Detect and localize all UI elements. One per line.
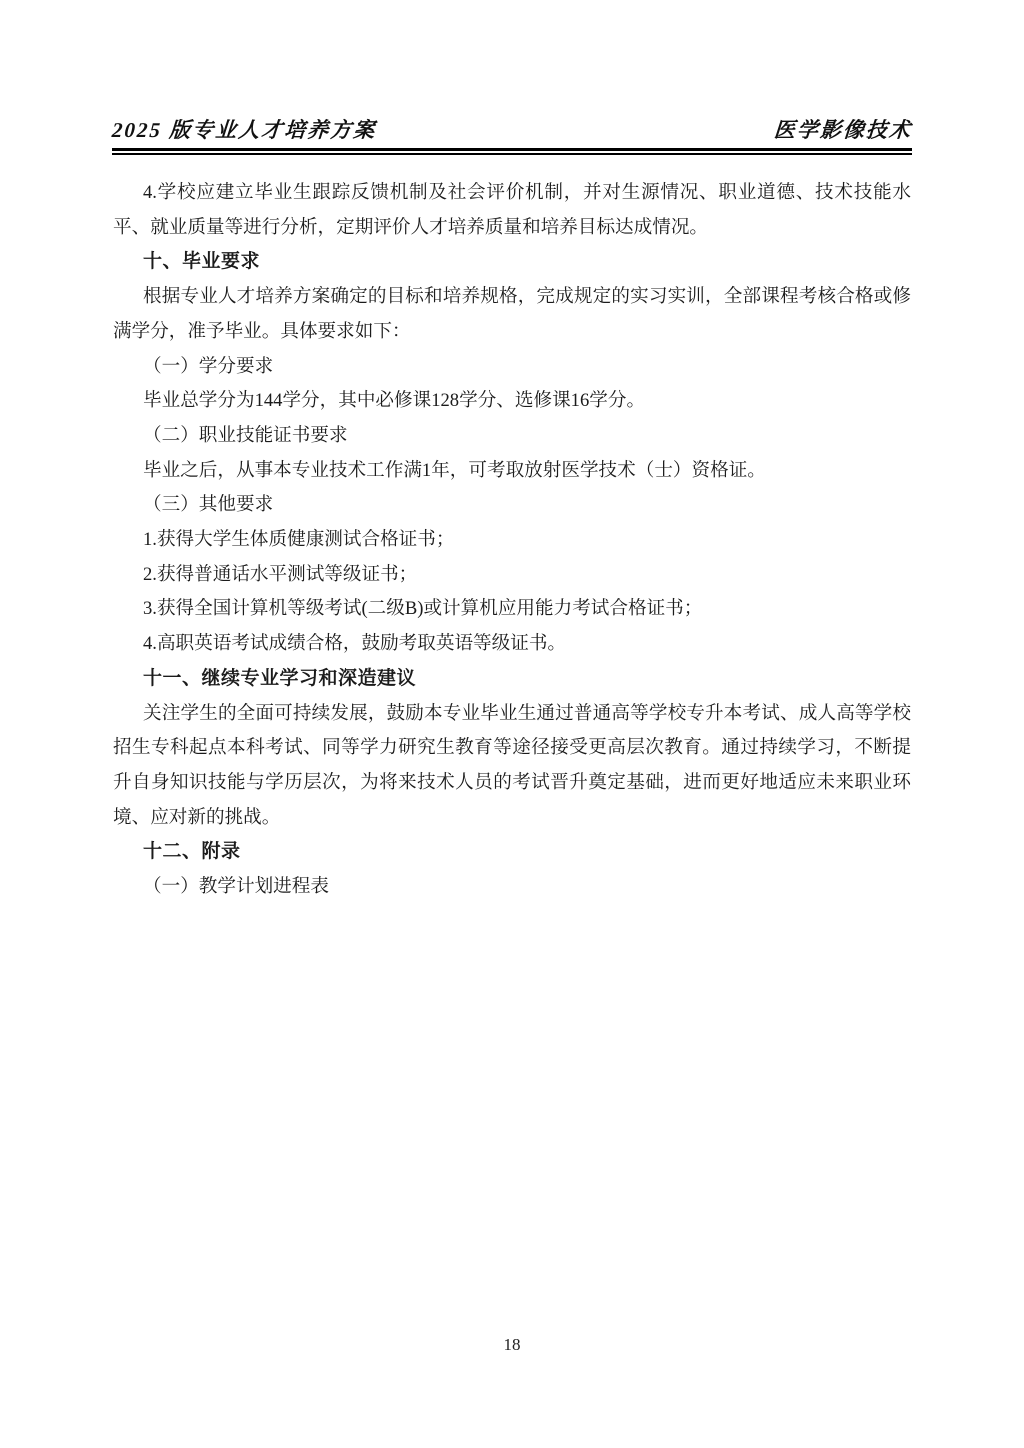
header-rule-top — [112, 148, 912, 151]
page-number: 18 — [504, 1335, 521, 1354]
page-header: 2025 版专业人才培养方案 医学影像技术 — [112, 114, 912, 155]
document-page: 2025 版专业人才培养方案 医学影像技术 4.学校应建立毕业生跟踪反馈机制及社… — [0, 0, 1024, 1448]
paragraph-graduate-tracking: 4.学校应建立毕业生跟踪反馈机制及社会评价机制，并对生源情况、职业道德、技术技能… — [113, 176, 911, 245]
list-item-fitness-certificate: 1.获得大学生体质健康测试合格证书； — [113, 523, 911, 558]
header-title-row: 2025 版专业人才培养方案 医学影像技术 — [111, 114, 913, 144]
paragraph-further-study-detail: 关注学生的全面可持续发展，鼓励本专业毕业生通过普通高等学校专升本考试、成人高等学… — [113, 697, 911, 836]
heading-graduation-requirements: 十、毕业要求 — [113, 245, 911, 280]
list-item-computer-certificate: 3.获得全国计算机等级考试(二级B)或计算机应用能力考试合格证书； — [113, 592, 911, 627]
paragraph-certificate-detail: 毕业之后，从事本专业技术工作满1年，可考取放射医学技术（士）资格证。 — [113, 454, 911, 489]
heading-further-study-advice: 十一、继续专业学习和深造建议 — [113, 662, 911, 697]
heading-appendix: 十二、附录 — [113, 835, 911, 870]
subheading-credit-requirements: （一）学分要求 — [113, 350, 911, 385]
subheading-teaching-plan-table: （一）教学计划进程表 — [113, 870, 911, 905]
header-left-title: 2025 版专业人才培养方案 — [111, 114, 377, 144]
paragraph-graduation-overview: 根据专业人才培养方案确定的目标和培养规格，完成规定的实习实训，全部课程考核合格或… — [113, 280, 911, 349]
list-item-mandarin-certificate: 2.获得普通话水平测试等级证书； — [113, 558, 911, 593]
header-rule-bottom — [112, 153, 912, 155]
page-footer: 18 — [0, 1335, 1024, 1355]
subheading-certificate-requirements: （二）职业技能证书要求 — [113, 419, 911, 454]
document-body: 4.学校应建立毕业生跟踪反馈机制及社会评价机制，并对生源情况、职业道德、技术技能… — [113, 176, 911, 905]
header-right-title: 医学影像技术 — [773, 114, 913, 144]
subheading-other-requirements: （三）其他要求 — [113, 488, 911, 523]
paragraph-total-credits: 毕业总学分为144学分，其中必修课128学分、选修课16学分。 — [113, 384, 911, 419]
list-item-english-certificate: 4.高职英语考试成绩合格，鼓励考取英语等级证书。 — [113, 627, 911, 662]
